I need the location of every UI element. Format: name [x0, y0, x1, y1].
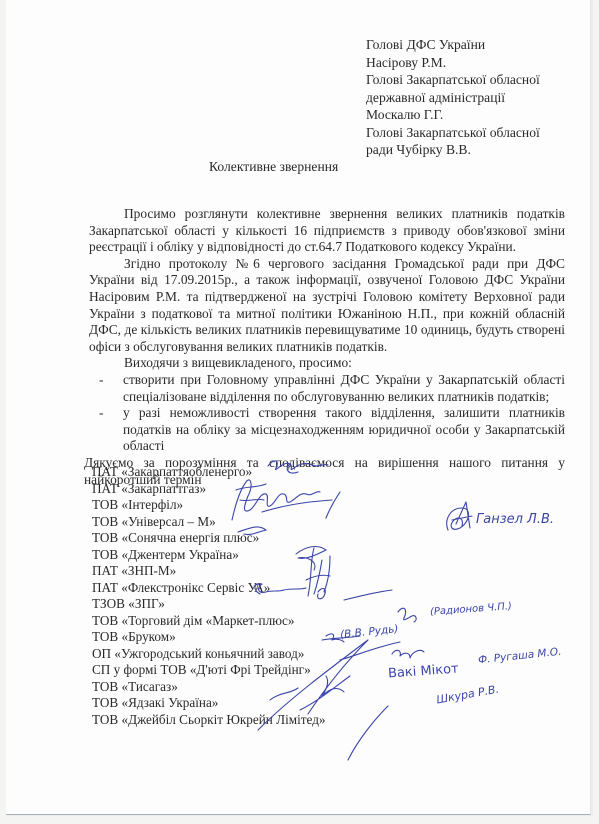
- request-item-text: створити при Головному управлінні ДФС Ук…: [123, 372, 565, 404]
- request-item: - у разі неможливості створення такого в…: [89, 405, 565, 455]
- document-title: Колективне звернення: [209, 159, 338, 175]
- paragraph-request: Просимо розглянути колективне звернення …: [89, 206, 565, 256]
- company-name: ТОВ «Джентерм Україна»: [92, 547, 326, 564]
- paragraph-protocol: Згідно протоколу №6 чергового засідання …: [89, 256, 565, 356]
- company-name: ТОВ «Тисагаз»: [92, 679, 326, 696]
- company-name: ТОВ «Ядзакі Україна»: [92, 695, 326, 712]
- request-item-text: у разі неможливості створення такого від…: [123, 405, 565, 453]
- company-name: ТОВ «Універсал – М»: [92, 514, 326, 531]
- addressee-line: державної адміністрації: [366, 89, 540, 107]
- company-name: ТОВ «Торговий дім «Маркет-плюс»: [92, 613, 326, 630]
- company-name: ТОВ «Джейбіл Сьоркіт Юкрейн Лімітед»: [92, 712, 326, 729]
- company-name: ПАТ «Флекстронікс Сервіс УА»: [92, 580, 326, 597]
- addressee-line: Москалю Г.Г.: [366, 106, 540, 124]
- addressee-line: Насірову Р.М.: [366, 54, 540, 72]
- company-name: ПАТ «Закарпаттгаз»: [92, 481, 326, 498]
- addressee-line: Голові Закарпатської обласної: [366, 71, 540, 89]
- company-name: ПАТ «Закарпаттяобленерго»: [92, 464, 326, 481]
- addressee-line: Голові Закарпатської обласної: [366, 124, 540, 142]
- company-name: СП у формі ТОВ «Д'юті Фрі Трейдінг»: [92, 662, 326, 679]
- company-name: ТОВ «Бруком»: [92, 629, 326, 646]
- company-name: ОП «Ужгородський коньячний завод»: [92, 646, 326, 663]
- dash-bullet: -: [99, 372, 103, 389]
- document-page: Голові ДФС України Насірову Р.М. Голові …: [6, 0, 591, 815]
- company-name: ПАТ «ЗНП-М»: [92, 563, 326, 580]
- signatory-companies: ПАТ «Закарпаттяобленерго» ПАТ «Закарпатт…: [92, 464, 326, 728]
- company-name: ТЗОВ «ЗПГ»: [92, 596, 326, 613]
- handwritten-name: Ганзел Л.В.: [476, 512, 554, 527]
- dash-bullet: -: [99, 405, 103, 422]
- addressee-line: Голові ДФС України: [366, 36, 540, 54]
- request-item: - створити при Головному управлінні ДФС …: [89, 372, 565, 405]
- addressee-block: Голові ДФС України Насірову Р.М. Голові …: [366, 36, 540, 159]
- company-name: ТОВ «Сонячна енергія плюс»: [92, 530, 326, 547]
- company-name: ТОВ «Інтерфіл»: [92, 497, 326, 514]
- addressee-line: ради Чубірку В.В.: [366, 141, 540, 159]
- request-list: - створити при Головному управлінні ДФС …: [89, 372, 565, 455]
- document-body: Просимо розглянути колективне звернення …: [89, 206, 565, 488]
- paragraph-request-intro: Виходячи з вищевикладеного, просимо:: [89, 355, 565, 372]
